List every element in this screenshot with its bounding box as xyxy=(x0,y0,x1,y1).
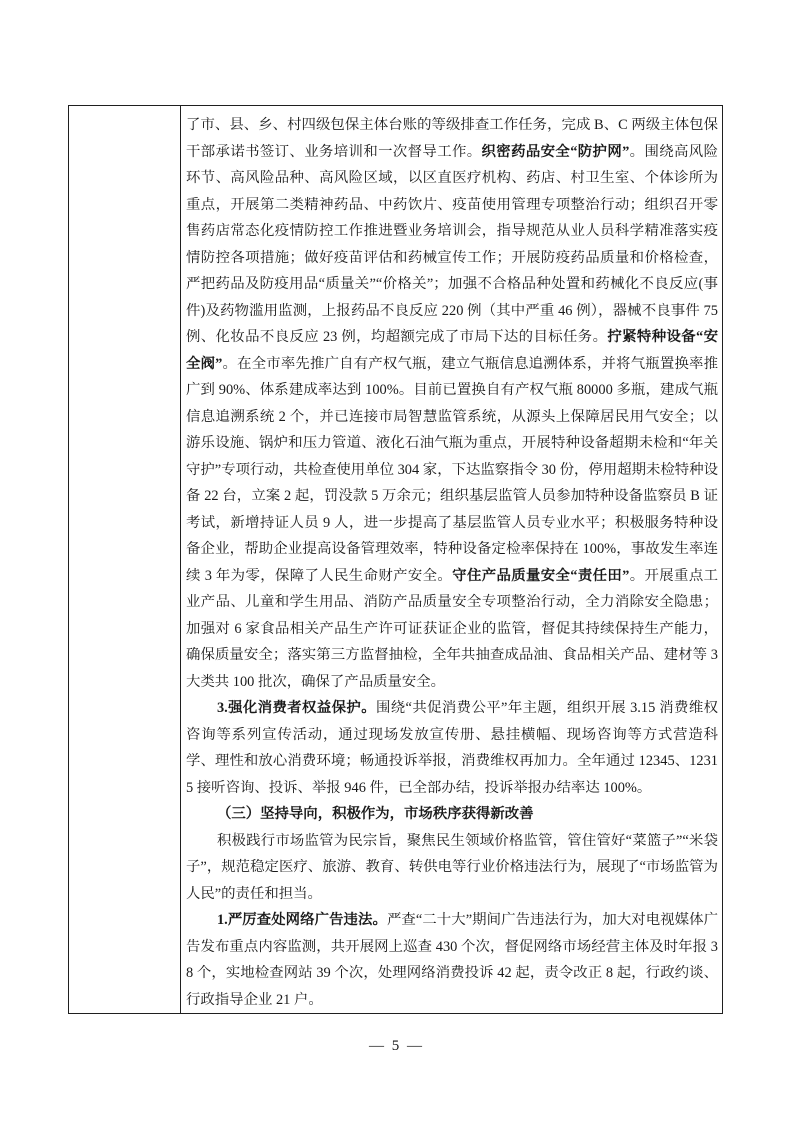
text-run: 。开展重点工业产品、儿童和学生用品、消防产品质量安全专项整治行动，全力消除安全隐… xyxy=(186,568,718,690)
emphasis-run: （三）坚持导向，积极作为，市场秩序获得新改善 xyxy=(217,806,534,822)
paragraph-online-ads: 1.严厉查处网络广告违法。严查“二十大”期间广告违法行为，加大对电视媒体广告发布… xyxy=(186,907,718,1013)
emphasis-run: 1.严厉查处网络广告违法。 xyxy=(217,912,387,928)
table-label-cell xyxy=(69,106,181,1013)
emphasis-run: 3.强化消费者权益保护。 xyxy=(217,700,376,716)
paragraph-consumer-rights: 3.强化消费者权益保护。围绕“共促消费公平”年主题，组织开展 3.15 消费维权… xyxy=(186,695,718,801)
text-run: 。围绕高风险环节、高风险品种、高风险区域，以区直医疗机构、药店、村卫生室、个体诊… xyxy=(186,144,718,346)
table-content-cell: 了市、县、乡、村四级包保主体台账的等级排查工作任务，完成 B、C 两级主体包保干… xyxy=(181,106,722,1013)
emphasis-run: 织密药品安全“防护网” xyxy=(482,144,630,160)
paragraph-body-continued: 了市、县、乡、村四级包保主体台账的等级排查工作任务，完成 B、C 两级主体包保干… xyxy=(186,112,718,695)
document-page: 了市、县、乡、村四级包保主体台账的等级排查工作任务，完成 B、C 两级主体包保干… xyxy=(0,0,793,1122)
emphasis-run: 守住产品质量安全“责任田” xyxy=(452,568,629,584)
text-run: 积极践行市场监管为民宗旨，聚焦民生领域价格监管，管住管好“菜篮子”“米袋子”，规… xyxy=(186,833,718,902)
report-table: 了市、县、乡、村四级包保主体台账的等级排查工作任务，完成 B、C 两级主体包保干… xyxy=(68,105,723,1014)
text-run: 。在全市率先推广自有产权气瓶，建立气瓶信息追溯体系，并将气瓶置换率推广到 90%… xyxy=(186,356,718,584)
page-number: — 5 — xyxy=(0,1038,793,1055)
paragraph-price-supervision: 积极践行市场监管为民宗旨，聚焦民生领域价格监管，管住管好“菜篮子”“米袋子”，规… xyxy=(186,828,718,908)
section-heading-three: （三）坚持导向，积极作为，市场秩序获得新改善 xyxy=(186,801,718,828)
